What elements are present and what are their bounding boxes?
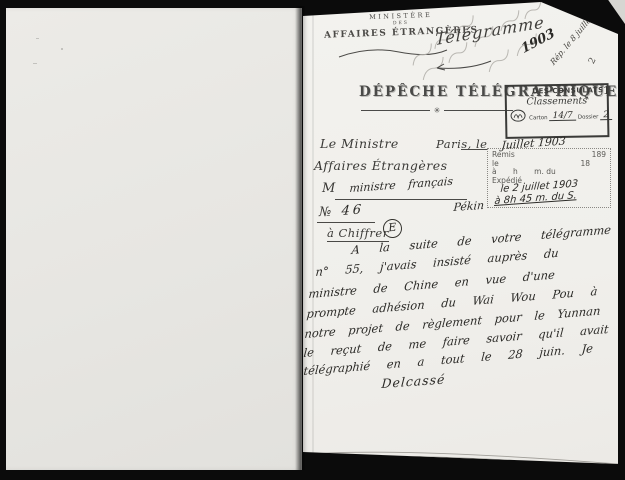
divider-star: ✳ (430, 106, 445, 115)
scanned-document: MINISTÈRE DES AFFAIRES ÉTRANGÈRES Té (0, 0, 625, 480)
classification-stamp-box: DES CONSULATS Classements Carton 14/7 Do… (505, 83, 610, 139)
remis-year: 189 (592, 151, 606, 160)
pencil-speck (33, 63, 37, 64)
pencil-speck (61, 48, 63, 50)
divider-line (361, 110, 430, 111)
sender-title-line1: Le Ministre (320, 136, 399, 151)
dateline-rule (461, 149, 487, 150)
numero-label: № (319, 205, 332, 220)
divider-line (444, 110, 513, 111)
addressee-prefix: M (322, 181, 336, 196)
right-page: MINISTÈRE DES AFFAIRES ÉTRANGÈRES Té (303, 0, 618, 470)
corner-number: 2 (587, 56, 599, 66)
a-label: à (492, 167, 497, 176)
sender-title-line2: Affaires Étrangères (314, 158, 448, 173)
stamp-classements-label: Classements (510, 95, 604, 108)
pencil-speck (36, 38, 39, 39)
bottom-sheet-edges (303, 444, 618, 472)
m-label: m. du (534, 167, 556, 176)
telegramme-underline-arrow (425, 58, 497, 72)
addressee-value: ministre français (349, 175, 453, 195)
carton-label: Carton (529, 115, 548, 121)
title-divider: ✳ (361, 106, 513, 115)
dossier-label: Dossier (578, 114, 599, 120)
addressee-rule (335, 199, 467, 200)
classement-monogram (510, 109, 527, 122)
underlying-page-corner (590, 0, 625, 24)
binding-crease (312, 10, 314, 455)
numero-value: 46 (341, 202, 365, 219)
numero-rule (317, 222, 375, 223)
addressee-city: Pékin (453, 199, 485, 214)
dossier-value: 2 (600, 111, 612, 120)
year-prefix: 18 (580, 160, 590, 169)
carton-value: 14/7 (550, 112, 576, 121)
h-label: h (513, 167, 518, 176)
left-page (6, 8, 302, 470)
chiffrer-label: à Chiffrer (327, 226, 389, 242)
stamp-service-line: DES CONSULATS (510, 86, 604, 96)
transmission-box: Remis 189 le 18 à h m. du Expédié le 2 j… (487, 148, 611, 208)
signature: Delcassé (381, 371, 446, 391)
